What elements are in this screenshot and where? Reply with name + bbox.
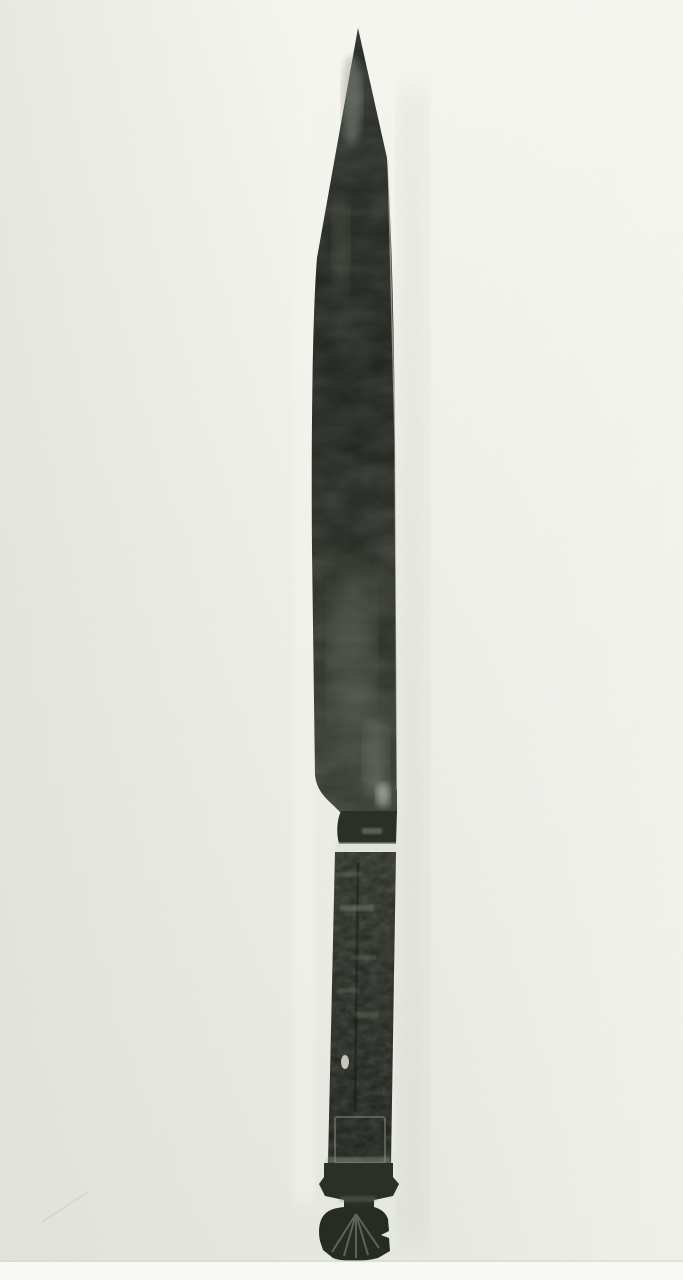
knife-photo-canvas xyxy=(0,0,683,1280)
photograph xyxy=(0,0,683,1280)
film-grain-overlay xyxy=(0,0,683,1280)
